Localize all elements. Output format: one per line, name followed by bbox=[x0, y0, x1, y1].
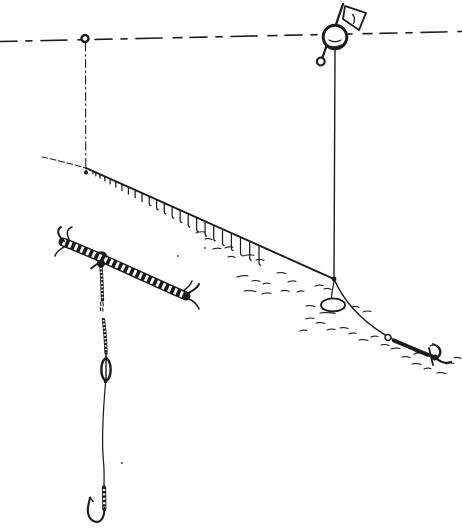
sediment-dash bbox=[320, 312, 335, 313]
illustration-page bbox=[0, 0, 462, 532]
snood bbox=[214, 226, 216, 241]
sediment-dash bbox=[297, 291, 304, 292]
anchor-line bbox=[334, 279, 428, 355]
sediment-dash bbox=[205, 238, 212, 239]
snood bbox=[180, 211, 182, 223]
snood bbox=[241, 238, 243, 255]
detail-mainline-rope bbox=[55, 227, 199, 309]
snood bbox=[250, 242, 252, 260]
sediment-dash bbox=[306, 318, 314, 319]
buoy-line bbox=[334, 49, 335, 278]
sediment-dash bbox=[402, 356, 410, 357]
longline-gear-illustration bbox=[0, 0, 462, 532]
sediment-dash bbox=[371, 336, 378, 337]
detail-leader bbox=[103, 383, 106, 488]
sediment-dash bbox=[281, 290, 289, 291]
ink-speck bbox=[178, 294, 180, 296]
detail-hook bbox=[88, 488, 105, 522]
anchor bbox=[419, 344, 451, 365]
sediment-dash bbox=[300, 330, 307, 331]
detail-snood-lower bbox=[104, 320, 107, 359]
buoy-counterweight bbox=[317, 46, 327, 65]
sediment-dash bbox=[244, 290, 256, 291]
sediment-dash bbox=[359, 339, 368, 340]
snood bbox=[172, 207, 174, 218]
detail-swivel bbox=[101, 357, 110, 384]
snood bbox=[157, 200, 159, 209]
sediment-dash bbox=[414, 353, 421, 354]
snood bbox=[205, 222, 207, 236]
surface-float bbox=[82, 35, 89, 42]
sediment-dash bbox=[363, 311, 371, 312]
sediment-dash bbox=[437, 372, 446, 373]
sediment-dash bbox=[349, 333, 356, 334]
ink-speck bbox=[204, 247, 206, 249]
sediment-dash bbox=[430, 345, 436, 346]
detail-inset bbox=[55, 227, 199, 522]
sediment-dash bbox=[381, 344, 389, 345]
sinker-stone bbox=[321, 281, 345, 312]
sediment-dash bbox=[277, 272, 286, 273]
sediment-dash bbox=[213, 248, 221, 249]
sediment-dash bbox=[228, 256, 235, 257]
sediment-dash bbox=[252, 280, 260, 281]
float-attachment-knot bbox=[84, 171, 88, 175]
sediment-dash bbox=[454, 357, 461, 358]
sediment-dash bbox=[391, 348, 400, 349]
sediment-dash bbox=[324, 288, 331, 289]
sediment-dash bbox=[306, 305, 315, 306]
snood bbox=[164, 204, 166, 214]
detail-snood-upper bbox=[100, 268, 103, 312]
sediment-dash bbox=[256, 259, 264, 260]
sediment-dash bbox=[316, 322, 325, 323]
ink-speck bbox=[121, 462, 123, 464]
sediment-dash bbox=[262, 293, 271, 294]
sediment-dash bbox=[327, 329, 335, 330]
snood-lines bbox=[93, 172, 261, 265]
sediment-dash bbox=[237, 275, 248, 277]
ink-speck bbox=[177, 255, 179, 257]
sediment-dash bbox=[424, 368, 431, 369]
sediment-dash bbox=[340, 327, 348, 328]
ink-specks bbox=[121, 247, 206, 464]
sediment-dash bbox=[315, 285, 323, 286]
mainline bbox=[42, 157, 336, 281]
snood bbox=[149, 197, 151, 206]
snood bbox=[223, 230, 225, 246]
sediment-dash bbox=[288, 281, 296, 282]
sediment-dash bbox=[412, 363, 421, 364]
sediment-dash bbox=[352, 306, 359, 307]
anchor-line-ring bbox=[385, 335, 391, 341]
flag-buoy bbox=[317, 4, 366, 65]
snood bbox=[259, 246, 261, 265]
water-surface-line bbox=[0, 32, 462, 42]
sediment-dash bbox=[263, 283, 270, 284]
snood bbox=[197, 218, 199, 231]
snood bbox=[231, 234, 233, 251]
snood bbox=[188, 215, 190, 227]
sediment-dash bbox=[243, 255, 254, 256]
